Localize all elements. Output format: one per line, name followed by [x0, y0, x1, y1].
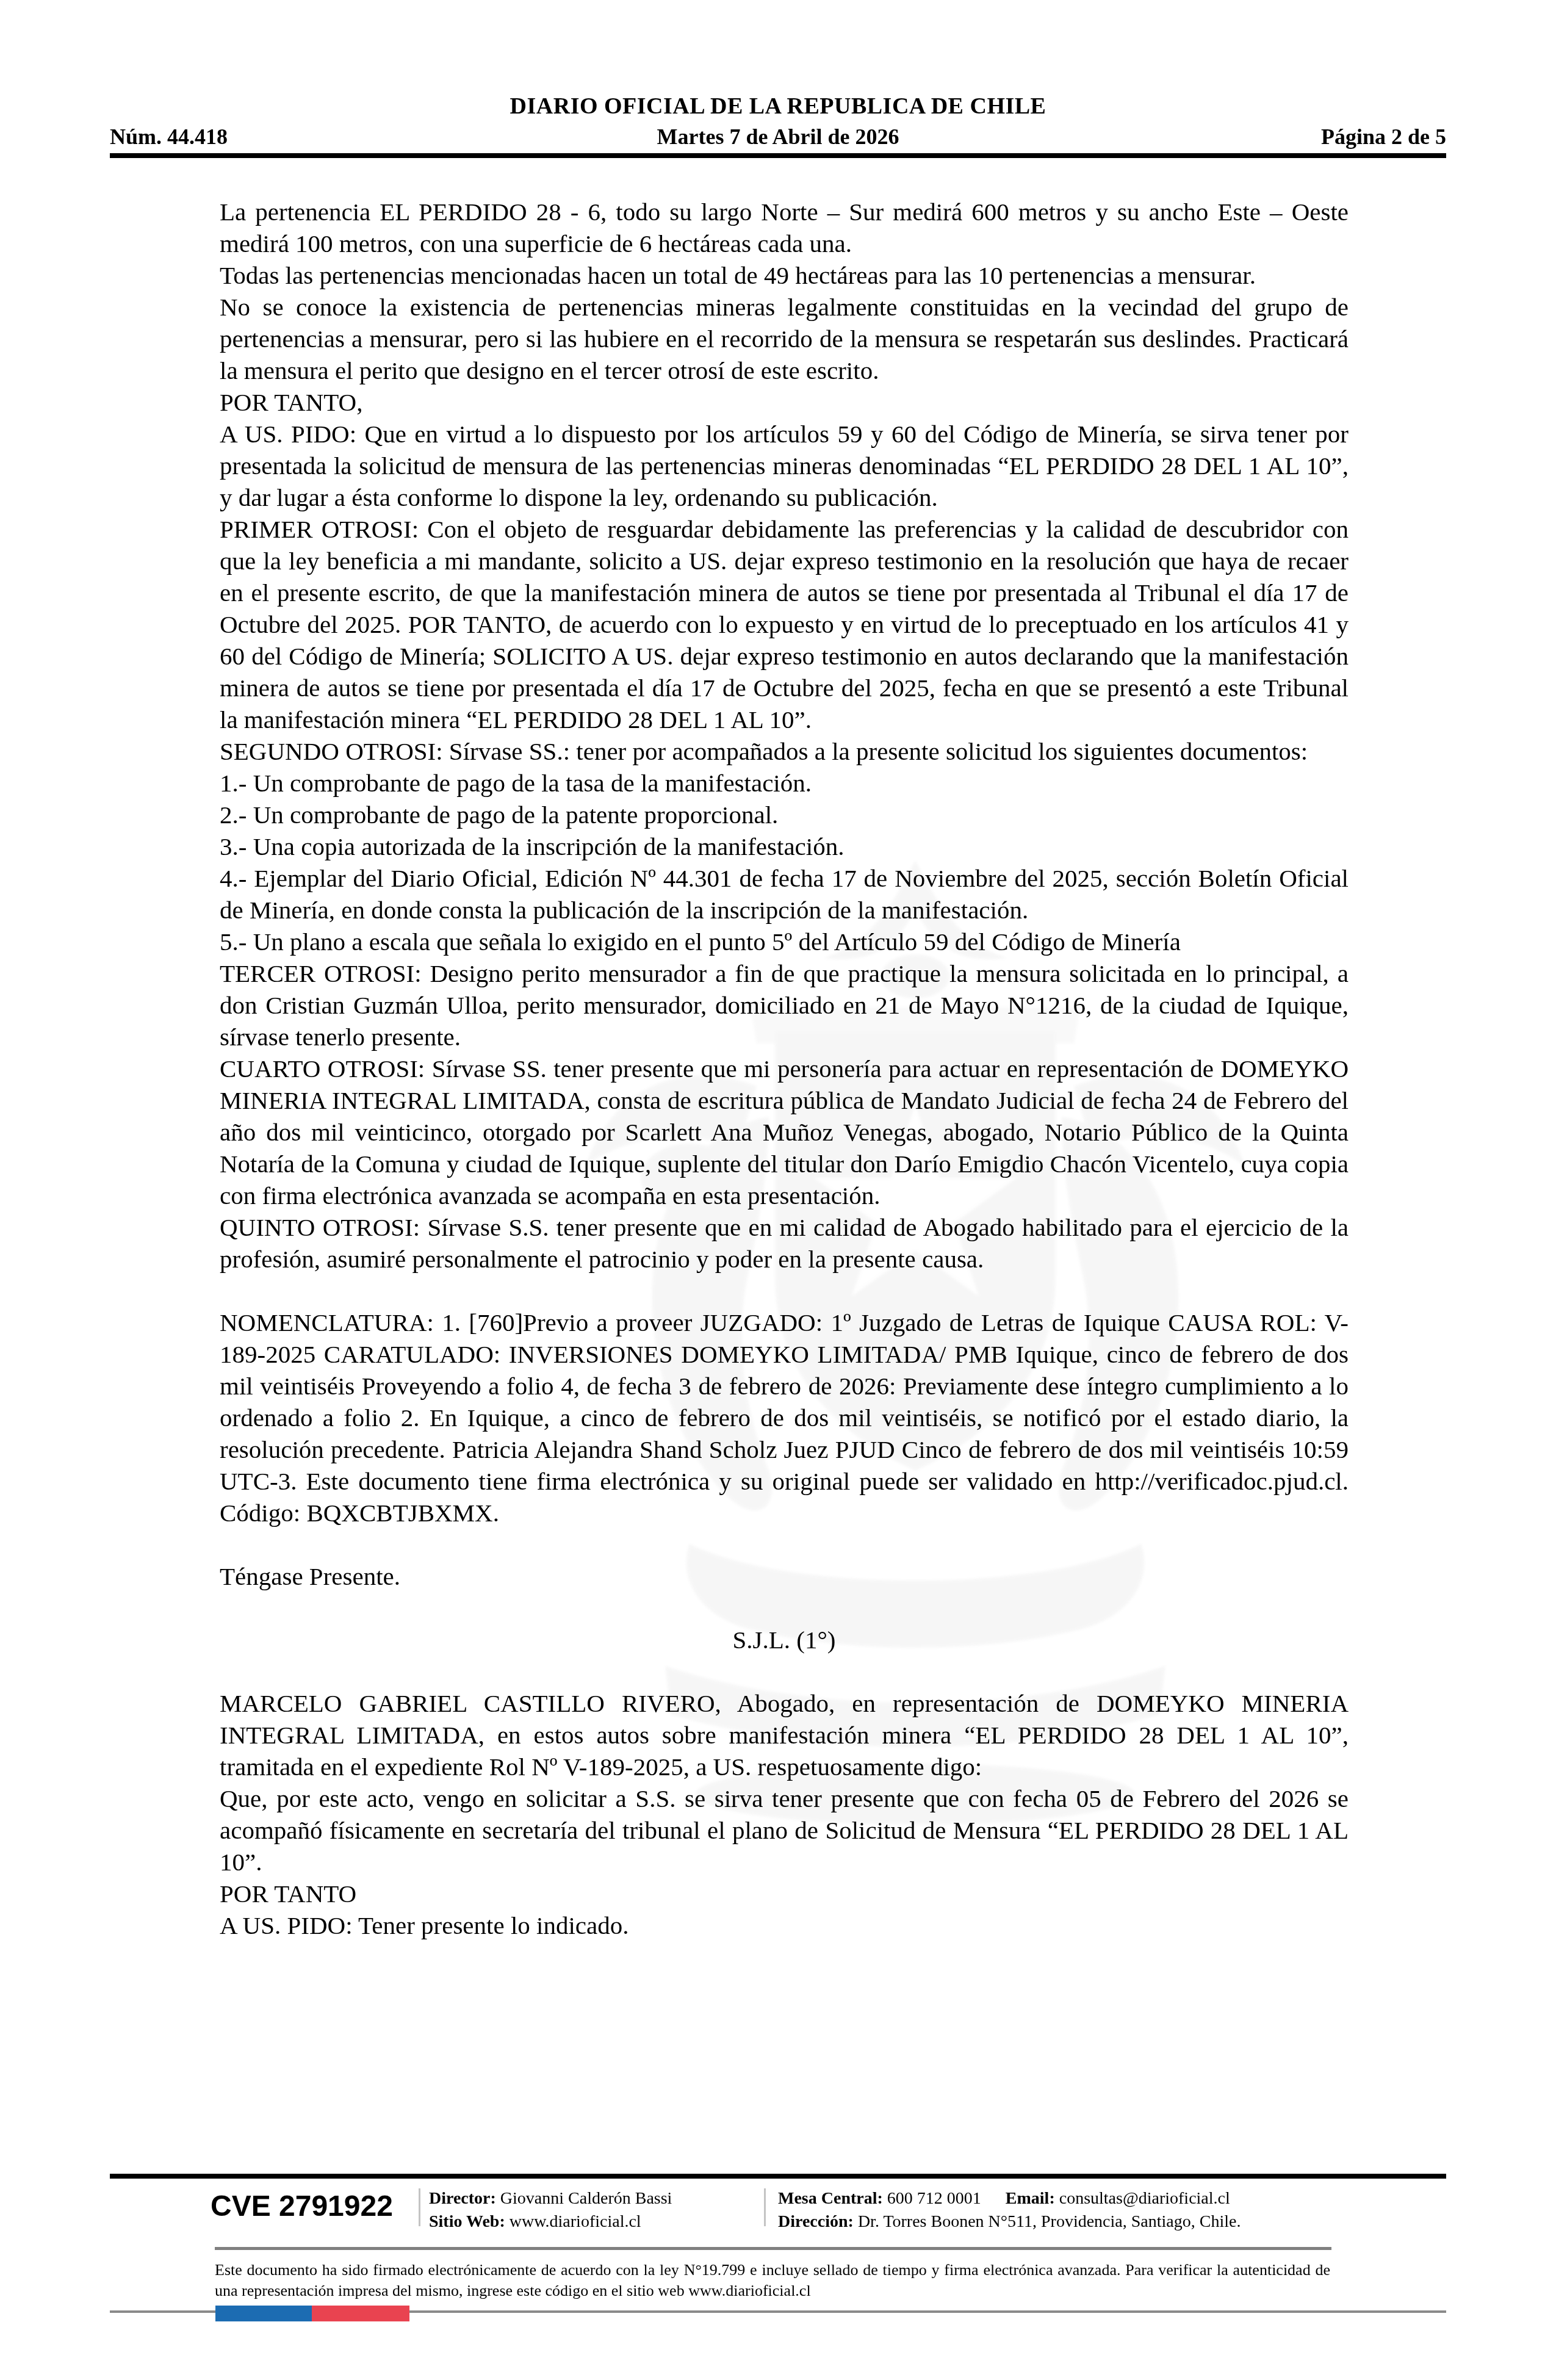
footer-divider-2 — [764, 2188, 766, 2226]
header-meta-row: Núm. 44.418 Martes 7 de Abril de 2026 Pá… — [110, 124, 1446, 150]
email-value: consultas@diarioficial.cl — [1059, 2189, 1230, 2208]
mesa-central-label: Mesa Central: — [778, 2189, 883, 2208]
paragraph: CUARTO OTROSI: Sírvase SS. tener present… — [220, 1053, 1349, 1211]
paragraph: NOMENCLATURA: 1. [760]Previo a proveer J… — [220, 1307, 1349, 1529]
paragraph: 1.- Un comprobante de pago de la tasa de… — [220, 767, 1349, 799]
direccion-label: Dirección: — [778, 2212, 854, 2231]
footer-rule-middle — [215, 2247, 1331, 2250]
director-line: Director: Giovanni Calderón Bassi — [429, 2187, 672, 2210]
cve-code: CVE 2791922 — [211, 2190, 393, 2223]
paragraph: 3.- Una copia autorizada de la inscripci… — [220, 831, 1349, 862]
paragraph-spacer — [220, 1275, 1349, 1307]
footer-rule-top — [110, 2174, 1446, 2179]
paragraph: QUINTO OTROSI: Sírvase S.S. tener presen… — [220, 1211, 1349, 1275]
issue-date: Martes 7 de Abril de 2026 — [657, 124, 899, 150]
paragraph-spacer — [220, 1656, 1349, 1687]
sitio-web-line: Sitio Web: www.diarioficial.cl — [429, 2210, 672, 2234]
footer-divider-1 — [419, 2188, 420, 2226]
flag-blue-segment — [215, 2306, 312, 2321]
direccion-line: Dirección: Dr. Torres Boonen N°511, Prov… — [778, 2210, 1241, 2234]
paragraph-spacer — [220, 1592, 1349, 1624]
chile-flag-bar — [215, 2306, 409, 2321]
paragraph: MARCELO GABRIEL CASTILLO RIVERO, Abogado… — [220, 1687, 1349, 1783]
legal-notice: Este documento ha sido firmado electróni… — [215, 2260, 1330, 2301]
paragraph: PRIMER OTROSI: Con el objeto de resguard… — [220, 513, 1349, 735]
sitio-web-label: Sitio Web: — [429, 2212, 505, 2231]
paragraph: 5.- Un plano a escala que señala lo exig… — [220, 926, 1349, 957]
director-label: Director: — [429, 2189, 496, 2208]
masthead-title: DIARIO OFICIAL DE LA REPUBLICA DE CHILE — [0, 93, 1556, 120]
document-body: La pertenencia EL PERDIDO 28 - 6, todo s… — [220, 196, 1349, 1941]
email-label: Email: — [1006, 2189, 1055, 2208]
paragraph: A US. PIDO: Que en virtud a lo dispuesto… — [220, 418, 1349, 513]
paragraph: No se conoce la existencia de pertenenci… — [220, 291, 1349, 386]
director-value: Giovanni Calderón Bassi — [500, 2189, 672, 2208]
paragraph-spacer — [220, 1529, 1349, 1560]
paragraph: Todas las pertenencias mencionadas hacen… — [220, 259, 1349, 291]
issue-number: Núm. 44.418 — [110, 124, 228, 150]
paragraph: POR TANTO — [220, 1878, 1349, 1909]
paragraph: TERCER OTROSI: Designo perito mensurador… — [220, 957, 1349, 1053]
paragraph: 4.- Ejemplar del Diario Oficial, Edición… — [220, 862, 1349, 926]
paragraph: Téngase Presente. — [220, 1560, 1349, 1592]
paragraph: SEGUNDO OTROSI: Sírvase SS.: tener por a… — [220, 735, 1349, 767]
paragraph: S.J.L. (1°) — [220, 1624, 1349, 1656]
page-indicator: Página 2 de 5 — [1321, 124, 1446, 150]
direccion-value: Dr. Torres Boonen N°511, Providencia, Sa… — [858, 2212, 1241, 2231]
mesa-central-value: 600 712 0001 — [887, 2189, 981, 2208]
paragraph: Que, por este acto, vengo en solicitar a… — [220, 1783, 1349, 1878]
mesa-central-line: Mesa Central: 600 712 0001Email: consult… — [778, 2187, 1241, 2210]
header-rule — [110, 153, 1446, 158]
document-page: { "header": { "title": "DIARIO OFICIAL D… — [0, 0, 1556, 2380]
footer-director-column: Director: Giovanni Calderón Bassi Sitio … — [429, 2187, 672, 2234]
paragraph: 2.- Un comprobante de pago de la patente… — [220, 799, 1349, 831]
sitio-web-value: www.diarioficial.cl — [510, 2212, 641, 2231]
paragraph: La pertenencia EL PERDIDO 28 - 6, todo s… — [220, 196, 1349, 259]
paragraph: A US. PIDO: Tener presente lo indicado. — [220, 1909, 1349, 1941]
footer-contact-column: Mesa Central: 600 712 0001Email: consult… — [778, 2187, 1241, 2234]
paragraph: POR TANTO, — [220, 386, 1349, 418]
flag-red-segment — [312, 2306, 409, 2321]
